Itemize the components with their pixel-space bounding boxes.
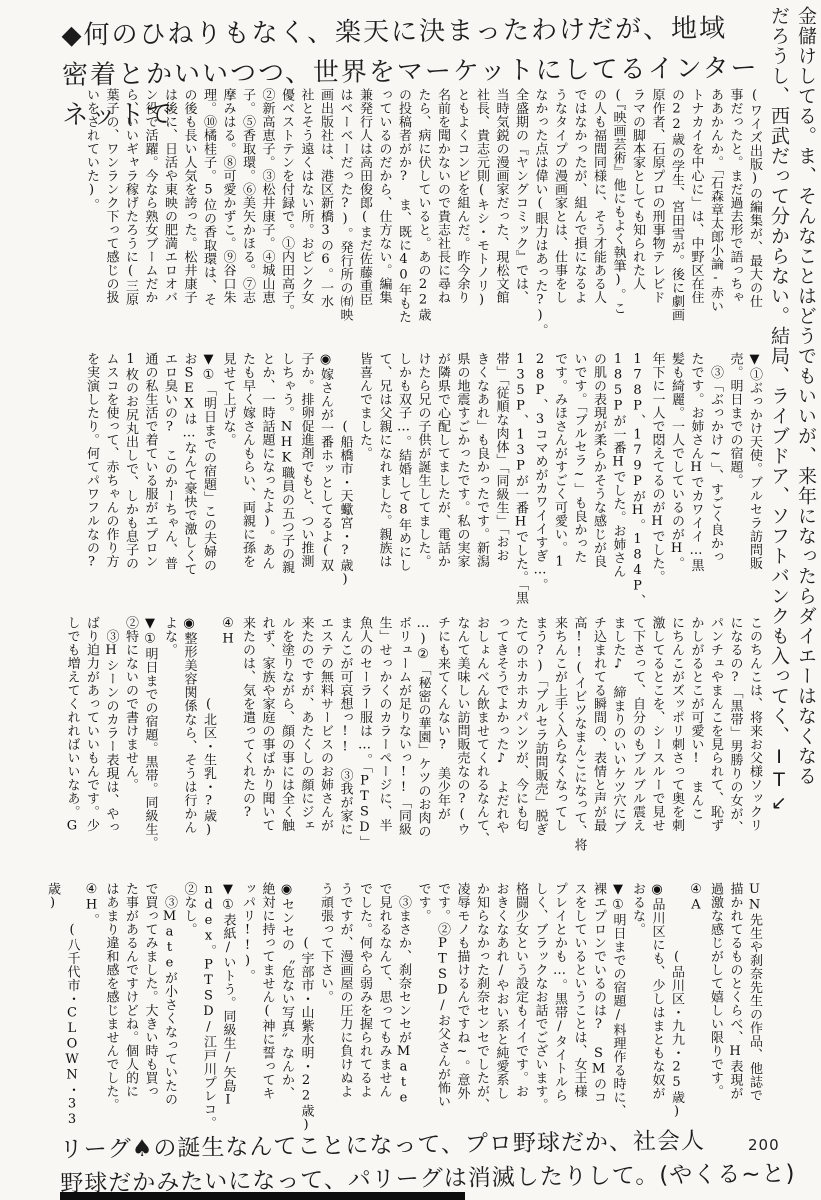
- magazine-reader-letters-page: ◆何のひねりもなく、楽天に決まったわけだが、地域 密着とかいいつつ、世界をマーケ…: [0, 0, 821, 1200]
- text-band-2: ▼①ぶっかけ天使。ブルセラ訪問販 売。明日までの宿題。 ③「ぶっかけ~」、すごく…: [58, 352, 764, 612]
- bottom-rule-bar: [60, 1192, 465, 1200]
- text-band-4: UN先生や刹奈先生の作品、他誌で 描かれてるものとくらべ、H表現が 過激な感じが…: [58, 882, 764, 1136]
- text-band-3: このちんこは、将来お父様ソックリ になるの?「黒帯」男勝りの女が、 パンチュやま…: [58, 616, 764, 876]
- handwritten-right-margin-note: 金儲けしてる。ま、そんなことはどうでもいいが、来年になったらダイエーはなくなる …: [763, 6, 819, 1176]
- handwritten-bottom-note: リーグ♠の誕生なんてことになって、プロ野球だか、社会人 野球だかみたいになって、…: [60, 1123, 801, 1200]
- text-band-1: (ワイズ出版)の編集が、最大の仕 事だったと。まだ過去形で語っちゃ ああかんか。…: [58, 88, 764, 340]
